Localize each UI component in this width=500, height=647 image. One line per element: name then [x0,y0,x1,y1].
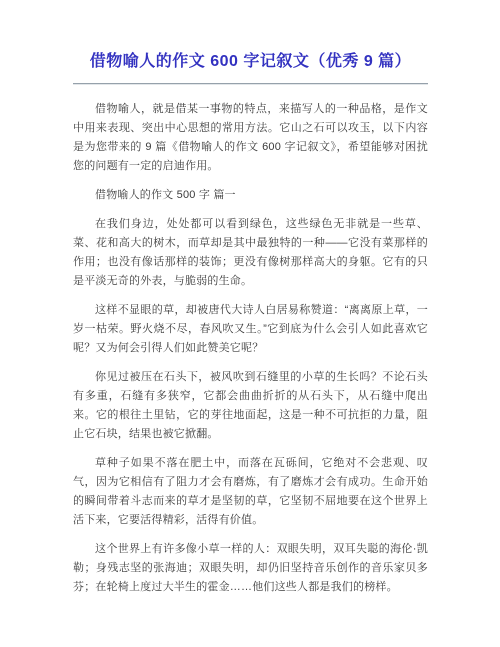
document-title: 借物喻人的作文 600 字记叙文（优秀 9 篇） [73,50,428,74]
document-page: 借物喻人的作文 600 字记叙文（优秀 9 篇） 借物喻人，就是借某一事物的特点… [0,0,500,647]
section-heading: 借物喻人的作文 500 字 篇一 [73,186,428,205]
body-paragraph: 草种子如果不落在肥土中，而落在瓦砾间，它绝对不会悲观、叹气，因为它相信有了阻力才… [73,454,428,530]
body-paragraph: 你见过被压在石头下，被风吹到石缝里的小草的生长吗？不论石头有多重，石缝有多狭窄，… [73,368,428,444]
body-paragraph: 这个世界上有许多像小草一样的人：双眼失明，双耳失聪的海伦·凯勒；身残志坚的张海迪… [73,540,428,597]
title-divider [73,83,428,85]
body-paragraph: 在我们身边，处处都可以看到绿色，这些绿色无非就是一些草、菜、花和高大的树木，而草… [73,215,428,291]
body-paragraph: 这样不显眼的草，却被唐代大诗人白居易称赞道：“离离原上草，一岁一枯荣。野火烧不尽… [73,301,428,358]
intro-paragraph: 借物喻人，就是借某一事物的特点，来描写人的一种品格，是作文中用来表现、突出中心思… [73,100,428,176]
